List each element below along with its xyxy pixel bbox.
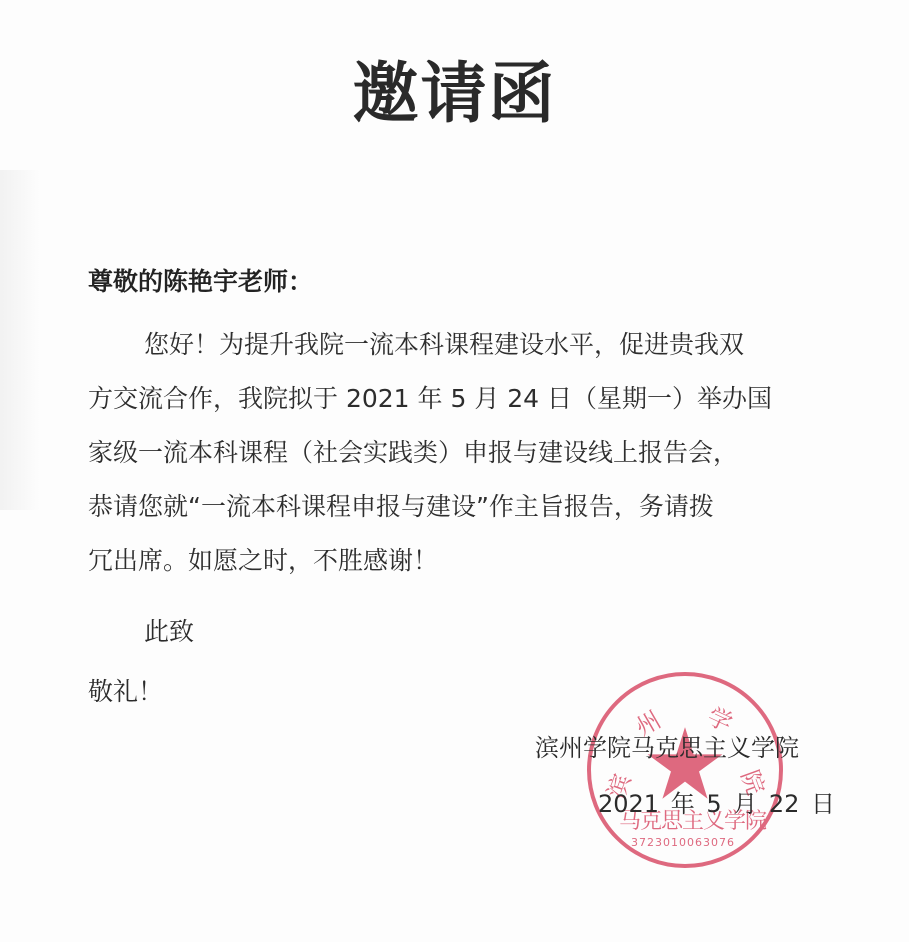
body-line: 家级一流本科课程（社会实践类）申报与建设线上报告会，	[88, 426, 868, 480]
closing-regards: 敬礼！	[88, 672, 163, 708]
salutation: 尊敬的陈艳宇老师：	[88, 262, 313, 298]
body-line: 恭请您就“一流本科课程申报与建设”作主旨报告，务请拨	[88, 480, 868, 534]
page-title: 邀请函	[0, 40, 909, 135]
seal-code: 3723010063076	[631, 836, 735, 849]
scan-edge-shadow	[0, 170, 40, 510]
official-seal: 滨 州 学 院 马克思主义学院 3723010063076	[587, 672, 783, 868]
body-line: 方交流合作，我院拟于 2021 年 5 月 24 日（星期一）举办国	[88, 372, 868, 426]
closing-phrase: 此致	[144, 612, 194, 648]
body-line: 冗出席。如愿之时，不胜感谢！	[88, 534, 868, 588]
body-line: 您好！为提升我院一流本科课程建设水平，促进贵我双	[88, 318, 868, 372]
signature-date: 2021 年 5 月 22 日	[598, 784, 835, 819]
signer-name: 滨州学院马克思主义学院	[535, 728, 799, 763]
letter-body: 您好！为提升我院一流本科课程建设水平，促进贵我双 方交流合作，我院拟于 2021…	[88, 318, 868, 588]
